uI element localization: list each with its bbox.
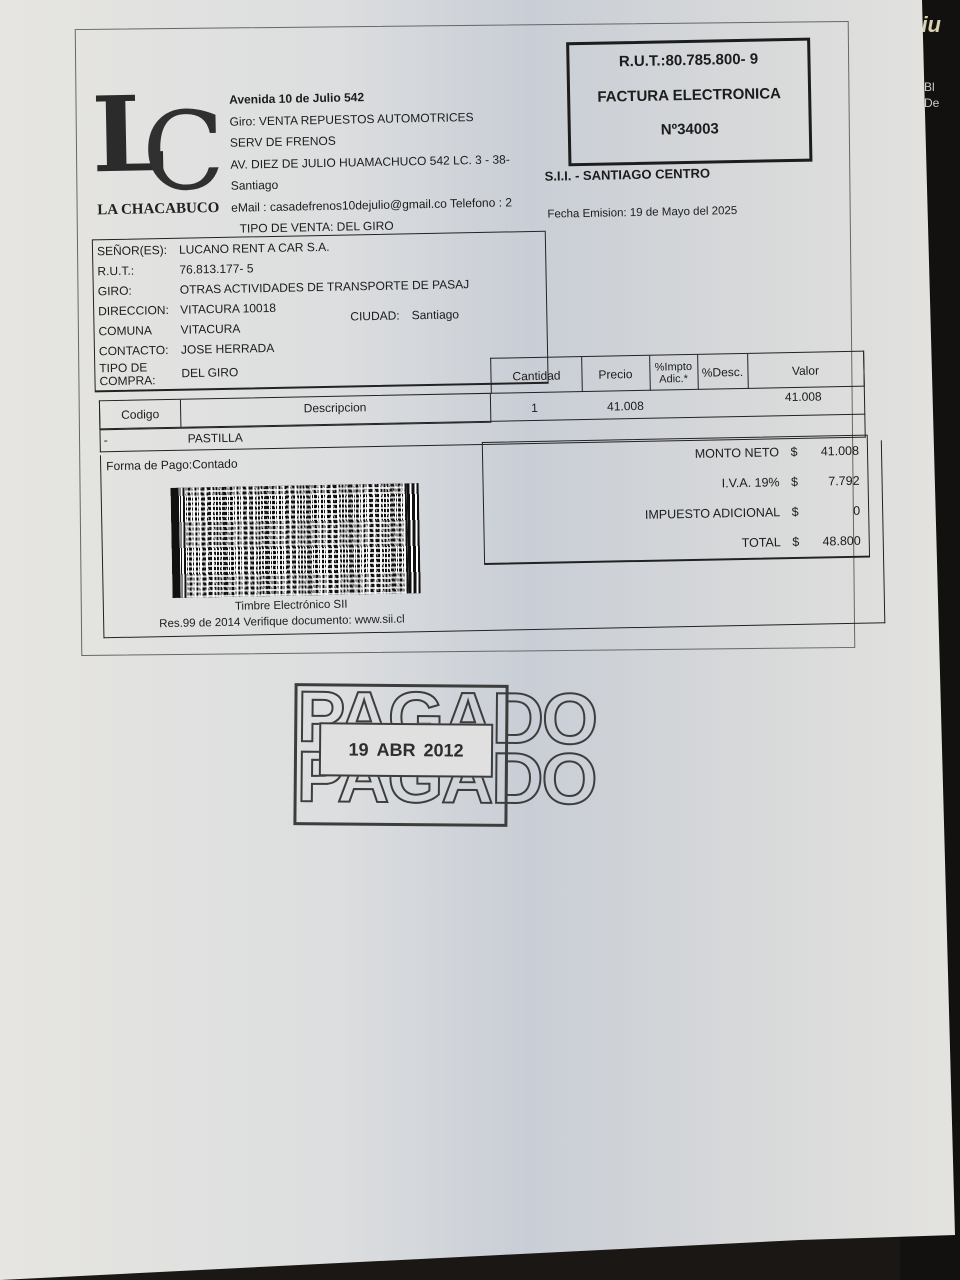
- logo-letter-c: C: [141, 89, 226, 216]
- field-label: CONTACTO:: [99, 343, 181, 359]
- stamp-date: 19 ABR 2012: [319, 722, 493, 778]
- client-rut: 76.813.177- 5: [179, 261, 253, 276]
- pdf417-barcode: [171, 483, 421, 598]
- cell-valor: 41.008: [785, 389, 822, 404]
- header-cantidad: Cantidad: [491, 357, 583, 394]
- cell-codigo: -: [104, 433, 108, 447]
- electronic-stamp-label: Timbre Electrónico SII: [235, 599, 348, 613]
- client-giro-row: GIRO:OTRAS ACTIVIDADES DE TRANSPORTE DE …: [98, 277, 470, 298]
- total-row-neto: MONTO NETO$41.008: [695, 444, 860, 461]
- client-address: VITACURA 10018: [180, 301, 276, 317]
- client-name: LUCANO RENT A CAR S.A.: [179, 240, 330, 257]
- client-comuna: VITACURA: [180, 322, 240, 337]
- background-text: Bl: [924, 80, 935, 94]
- invoice-paper: L C LA CHACABUCO Avenida 10 de Julio 542…: [0, 0, 960, 1280]
- divider: [863, 351, 866, 438]
- sii-office: S.I.I. - SANTIAGO CENTRO: [545, 166, 711, 184]
- field-label: DIRECCION:: [98, 303, 180, 319]
- barcode-edge: [407, 483, 421, 593]
- total-label: IMPUESTO ADICIONAL: [645, 505, 780, 522]
- client-ciudad: Santiago: [412, 307, 460, 322]
- stamp-month: ABR: [376, 739, 415, 760]
- background-text: De: [924, 96, 939, 110]
- payment-method: Forma de Pago:Contado: [106, 457, 238, 474]
- client-name-row: SEÑOR(ES):LUCANO RENT A CAR S.A.: [97, 240, 330, 258]
- client-giro: OTRAS ACTIVIDADES DE TRANSPORTE DE PASAJ: [180, 277, 470, 297]
- currency-symbol: $: [780, 505, 810, 520]
- totals-box: MONTO NETO$41.008 I.V.A. 19%$7.792 IMPUE…: [482, 435, 870, 565]
- client-rut-row: R.U.T.:76.813.177- 5: [97, 261, 253, 278]
- barcode-edge: [171, 488, 181, 598]
- total-value: 0: [810, 504, 860, 519]
- total-label: TOTAL: [741, 535, 780, 550]
- total-row-impuesto-adicional: IMPUESTO ADICIONAL$0: [645, 504, 860, 522]
- client-contact-row: CONTACTO:JOSE HERRADA: [99, 341, 275, 358]
- field-label: R.U.T.:: [97, 263, 179, 279]
- currency-symbol: $: [781, 535, 811, 550]
- cell-precio: 41.008: [607, 399, 644, 414]
- header-precio: Precio: [581, 356, 651, 392]
- client-purchase-type: DEL GIRO: [181, 365, 238, 380]
- client-ciudad-row: CIUDAD:Santiago: [350, 307, 459, 323]
- field-label: COMUNA: [98, 323, 180, 339]
- stamp-year: 2012: [423, 740, 463, 761]
- client-info-box: SEÑOR(ES):LUCANO RENT A CAR S.A. R.U.T.:…: [92, 231, 549, 393]
- issue-date: Fecha Emision: 19 de Mayo del 2025: [547, 205, 737, 221]
- issuer-info: Avenida 10 de Julio 542 Giro: VENTA REPU…: [229, 84, 513, 240]
- total-row-iva: I.V.A. 19%$7.792: [722, 474, 860, 491]
- client-address-row: DIRECCION:VITACURA 10018: [98, 301, 276, 318]
- document-id-box: R.U.T.:80.785.800- 9 FACTURA ELECTRONICA…: [566, 38, 812, 167]
- total-row-total: TOTAL$48.800: [741, 534, 860, 550]
- company-name: LA CHACABUCO: [97, 200, 219, 219]
- cell-cantidad: 1: [531, 401, 538, 415]
- header-codigo: Codigo: [100, 400, 182, 430]
- header-desc: %Desc.: [697, 354, 749, 390]
- field-label: CIUDAD:: [350, 309, 400, 324]
- client-comuna-row: COMUNAVITACURA: [98, 322, 240, 339]
- total-label: I.V.A. 19%: [722, 475, 780, 490]
- header-valor: Valor: [747, 352, 864, 389]
- client-contact: JOSE HERRADA: [181, 341, 275, 357]
- issuer-rut: R.U.T.:80.785.800- 9: [569, 50, 807, 72]
- field-label: SEÑOR(ES):: [97, 243, 179, 259]
- total-value: 7.792: [809, 474, 859, 489]
- document-type: FACTURA ELECTRONICA: [570, 85, 808, 107]
- cell-descripcion: PASTILLA: [188, 431, 243, 446]
- field-label: GIRO:: [98, 283, 180, 299]
- stamp-day: 19: [348, 739, 368, 760]
- header-descripcion: Descripcion: [180, 394, 490, 422]
- invoice-form: L C LA CHACABUCO Avenida 10 de Julio 542…: [0, 0, 960, 709]
- total-value: 41.008: [809, 444, 859, 459]
- total-label: MONTO NETO: [695, 445, 780, 461]
- total-value: 48.800: [811, 534, 861, 549]
- document-number: Nº34003: [571, 119, 809, 141]
- client-purchase-type-row: TIPO DECOMPRA:DEL GIRO: [99, 360, 238, 389]
- company-logo: L C: [87, 85, 229, 208]
- currency-symbol: $: [779, 445, 809, 460]
- header-impto-adic: %ImptoAdic.*: [649, 355, 699, 391]
- field-label: TIPO DECOMPRA:: [99, 361, 181, 389]
- paid-stamp: PAGADO PAGADO 19 ABR 2012: [293, 683, 508, 827]
- currency-symbol: $: [779, 475, 809, 490]
